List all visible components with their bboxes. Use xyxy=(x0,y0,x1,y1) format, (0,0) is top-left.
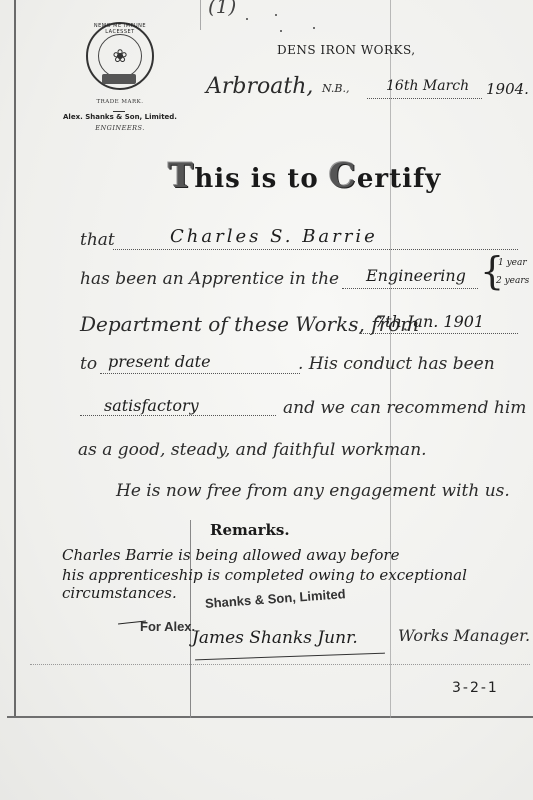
region-abbrev: N.B., xyxy=(322,82,350,95)
ink-speck xyxy=(313,27,315,29)
issue-year: 1904. xyxy=(486,80,529,98)
department-name: Engineering xyxy=(366,266,466,285)
body-label-that: that xyxy=(80,230,115,250)
body-line-workman: as a good, steady, and faithful workman. xyxy=(78,440,427,460)
signature: James Shanks Junr. xyxy=(192,628,358,648)
end-date-fill-line xyxy=(100,373,300,374)
fold-line xyxy=(200,0,201,30)
title-text: his is to xyxy=(194,164,328,194)
duration-option: 2 years xyxy=(496,276,529,286)
department-fill-line xyxy=(342,288,478,289)
ink-speck xyxy=(280,30,282,32)
thistle-icon: ❀ xyxy=(98,34,142,78)
duration-option: 1 year xyxy=(498,258,527,268)
remarks-heading: Remarks. xyxy=(210,521,290,539)
left-border-line xyxy=(14,0,16,717)
divider xyxy=(113,111,125,112)
illuminated-capital: C xyxy=(329,156,357,196)
company-subtitle: ENGINEERS. xyxy=(40,124,200,132)
conduct-fill-line xyxy=(80,415,276,416)
body-line-recommend: and we can recommend him xyxy=(283,398,526,418)
conduct-rating: satisfactory xyxy=(104,396,199,415)
signature-underline xyxy=(195,653,385,661)
remark-line: circumstances. xyxy=(62,584,177,602)
bottom-border-line xyxy=(7,716,533,718)
seal-ribbon xyxy=(102,74,136,84)
stamp-for-label: For Alex. xyxy=(140,619,195,634)
end-date: present date xyxy=(108,352,211,371)
reference-number: 3-2-1 xyxy=(452,680,499,696)
name-fill-line xyxy=(113,249,518,250)
dotted-rule xyxy=(30,664,530,665)
remark-line: his apprenticeship is completed owing to… xyxy=(62,566,467,584)
remark-line: Charles Barrie is being allowed away bef… xyxy=(62,546,399,564)
apprentice-name: Charles S. Barrie xyxy=(170,226,378,247)
signatory-title: Works Manager. xyxy=(398,626,530,645)
company-stamp: Shanks & Son, Limited xyxy=(204,586,346,611)
date-fill-line xyxy=(367,98,482,99)
trade-mark-label: TRADE MARK. xyxy=(80,99,160,105)
start-date: 7th Jan. 1901 xyxy=(375,312,484,331)
ink-speck xyxy=(275,14,277,16)
seal-motto: NEMO ME IMPUNE LACESSET xyxy=(88,23,152,35)
body-label-to: to xyxy=(80,354,97,374)
body-line-conduct: . His conduct has been xyxy=(298,354,495,374)
company-name: Alex. Shanks & Son, Limited. xyxy=(40,113,200,121)
start-date-fill-line xyxy=(360,333,518,334)
place-name: Arbroath, xyxy=(206,74,313,99)
title-text: ertify xyxy=(357,164,441,194)
certificate-title: This is to Certify xyxy=(168,156,441,196)
body-line-free: He is now free from any engagement with … xyxy=(116,481,510,501)
ink-speck xyxy=(246,18,248,20)
body-line-apprentice: has been an Apprentice in the xyxy=(80,269,339,289)
top-annotation: (1) xyxy=(208,0,236,18)
certificate-paper: (1) NEMO ME IMPUNE LACESSET ❀ TRADE MARK… xyxy=(0,0,533,800)
issue-date: 16th March xyxy=(386,78,469,94)
illuminated-capital: T xyxy=(168,156,194,196)
works-name: DENS IRON WORKS, xyxy=(277,43,416,57)
